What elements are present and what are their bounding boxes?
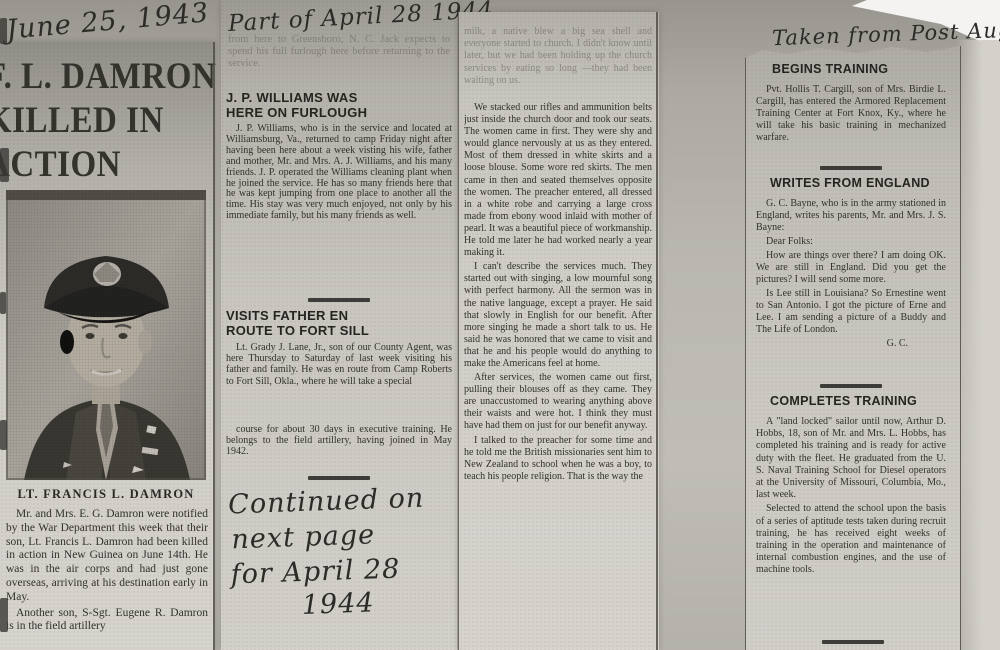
headline-line: KILLED IN bbox=[0, 96, 216, 145]
faded-paragraph: milk, a native blew a big sea shell and … bbox=[464, 26, 652, 87]
paragraph: How are things over there? I am doing OK… bbox=[756, 250, 946, 286]
lane-heading: VISITS FATHER EN ROUTE TO FORT SILL bbox=[226, 308, 369, 338]
section-divider bbox=[820, 384, 882, 388]
subhead-line: ROUTE TO FORT SILL bbox=[226, 323, 369, 338]
completes-training-body: A "land locked" sailor until now, Arthur… bbox=[756, 416, 946, 579]
paragraph: Pvt. Hollis T. Cargill, son of Mrs. Bird… bbox=[756, 84, 946, 144]
section-divider bbox=[822, 640, 884, 644]
lane-article-body2: course for about 30 days in executive tr… bbox=[226, 424, 452, 460]
paragraph: After services, the women came out first… bbox=[464, 372, 652, 432]
begins-training-body: Pvt. Hollis T. Cargill, son of Mrs. Bird… bbox=[756, 84, 946, 146]
photo-caption: LT. FRANCIS L. DAMRON bbox=[0, 487, 212, 502]
handwriting-line: next page bbox=[231, 518, 426, 556]
williams-heading: J. P. WILLIAMS WAS HERE ON FURLOUGH bbox=[226, 90, 367, 120]
damron-article-body: Mr. and Mrs. E. G. Damron were notified … bbox=[6, 508, 208, 650]
handwritten-date-note: June 25, 1943 bbox=[5, 0, 210, 46]
scrapbook-scan-page: June 25, 1943 F. L. DAMRON KILLED IN ACT… bbox=[0, 0, 1000, 650]
paragraph: course for about 30 days in executive tr… bbox=[226, 424, 452, 458]
subhead-line: HERE ON FURLOUGH bbox=[226, 105, 367, 120]
headline-line: ACTION bbox=[0, 140, 216, 189]
writes-england-heading: WRITES FROM ENGLAND bbox=[770, 176, 930, 191]
subhead-line: J. P. WILLIAMS WAS bbox=[226, 90, 367, 105]
faded-paragraph: from here to Greensboro, N. C. Jack expe… bbox=[228, 34, 450, 70]
handwriting-line: for April 28 bbox=[230, 553, 427, 591]
letter-signature: G. C. bbox=[756, 338, 946, 350]
subhead-line: VISITS FATHER EN bbox=[226, 308, 369, 323]
writes-england-body: G. C. Bayne, who is in the army statione… bbox=[756, 198, 946, 352]
church-letter-body: We stacked our rifles and ammunition bel… bbox=[464, 102, 652, 650]
section-divider bbox=[308, 298, 370, 302]
paragraph: We stacked our rifles and ammunition bel… bbox=[464, 102, 652, 259]
halftone-overlay bbox=[6, 190, 206, 480]
soldier-portrait-photo bbox=[6, 190, 206, 480]
lane-article-body1: Lt. Grady J. Lane, Jr., son of our Count… bbox=[226, 342, 452, 389]
headline-line: F. L. DAMRON bbox=[0, 52, 216, 101]
paragraph: I can't describe the services much. They… bbox=[464, 261, 652, 370]
paragraph: Selected to attend the school upon the b… bbox=[756, 503, 946, 576]
column-rule-1 bbox=[213, 42, 215, 650]
column-rule-2 bbox=[656, 12, 658, 650]
page-right-strip bbox=[956, 40, 1000, 650]
handwritten-continued-note: Continued on next page for April 28 1944 bbox=[228, 483, 429, 624]
paragraph: Mr. and Mrs. E. G. Damron were notified … bbox=[6, 508, 208, 605]
section-divider bbox=[820, 166, 882, 170]
paragraph: Is Lee still in Louisiana? So Ernestine … bbox=[756, 288, 946, 336]
paragraph: G. C. Bayne, who is in the army statione… bbox=[756, 198, 946, 234]
paragraph: A "land locked" sailor until now, Arthur… bbox=[756, 416, 946, 501]
completes-training-heading: COMPLETES TRAINING bbox=[770, 394, 917, 409]
paragraph: J. P. Williams, who is in the service an… bbox=[226, 124, 452, 222]
paragraph: Another son, S-Sgt. Eugene R. Damron is … bbox=[6, 607, 208, 635]
handwriting-line: Continued on bbox=[228, 483, 425, 521]
handwriting-line: 1944 bbox=[301, 586, 428, 621]
damron-headline: F. L. DAMRON KILLED IN ACTION bbox=[0, 52, 216, 184]
section-divider bbox=[308, 476, 370, 480]
williams-article-body: J. P. Williams, who is in the service an… bbox=[226, 124, 452, 224]
paragraph: Lt. Grady J. Lane, Jr., son of our Count… bbox=[226, 342, 452, 387]
paragraph: I talked to the preacher for some time a… bbox=[464, 435, 652, 483]
begins-training-heading: BEGINS TRAINING bbox=[772, 62, 888, 77]
letter-salutation: Dear Folks: bbox=[756, 236, 946, 248]
